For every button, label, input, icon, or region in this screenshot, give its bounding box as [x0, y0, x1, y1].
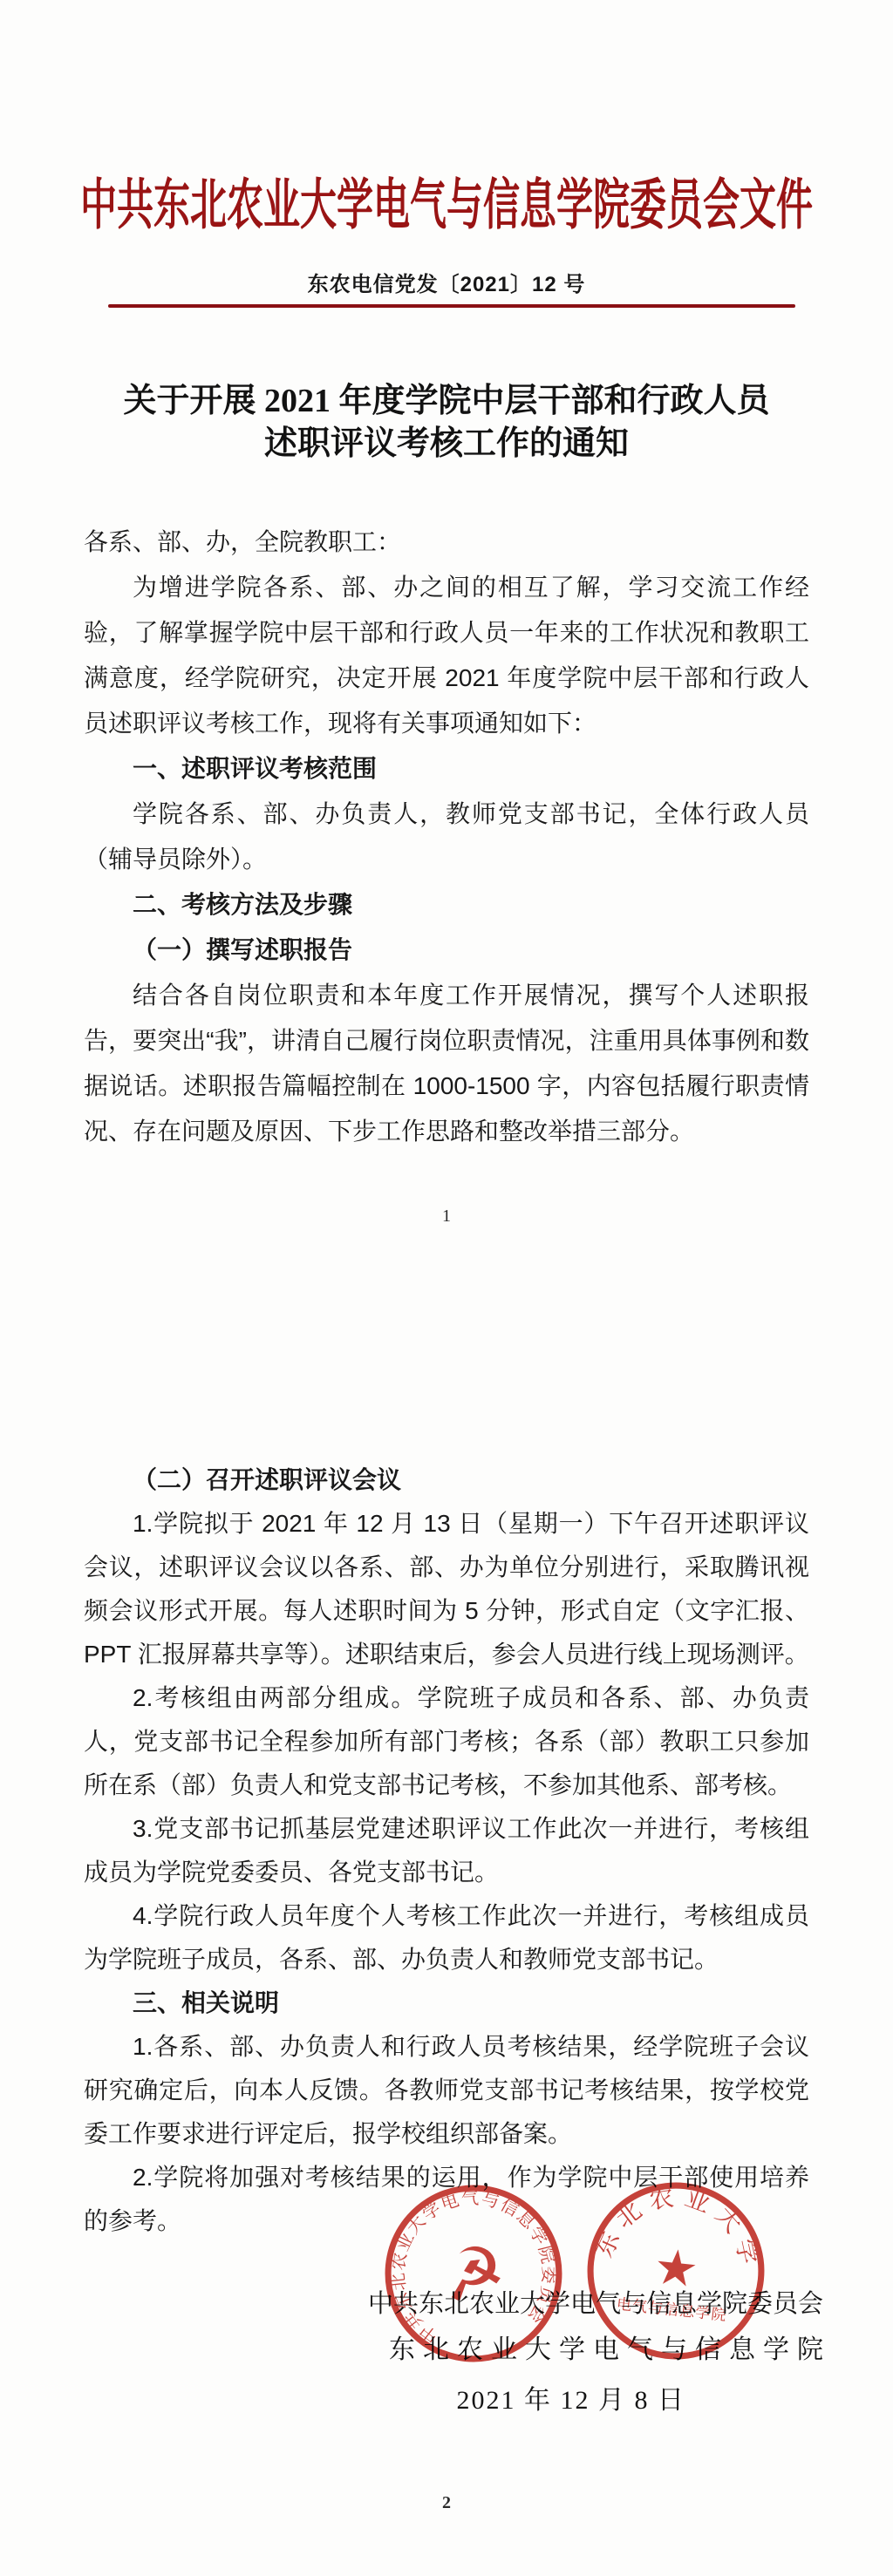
university-seal: 东北农业大学 ★ 电气与信息学院: [575, 2170, 778, 2373]
document-title-line1: 关于开展 2021 年度学院中层干部和行政人员: [0, 380, 893, 423]
paragraph: 1.各系、部、办负责人和行政人员考核结果，经学院班子会议研究确定后，向本人反馈。…: [84, 2025, 809, 2156]
paragraph: 2.考核组由两部分组成。学院班子成员和各系、部、办负责人，党支部书记全程参加所有…: [84, 1676, 809, 1807]
page1-body: 各系、部、办，全院教职工：为增进学院各系、部、办之间的相互了解，学习交流工作经验…: [84, 520, 809, 1154]
signature-date: 2021 年 12 月 8 日: [457, 2378, 686, 2416]
paragraph: （二）召开述职评议会议: [84, 1458, 809, 1502]
page-number-2: 2: [0, 2493, 893, 2513]
paragraph: 三、相关说明: [84, 1981, 809, 2025]
star-icon: ★: [651, 2239, 701, 2298]
paragraph: 为增进学院各系、部、办之间的相互了解，学习交流工作经验，了解掌握学院中层干部和行…: [84, 565, 809, 746]
paragraph: （一）撰写述职报告: [84, 928, 809, 973]
letterhead-title: 中共东北农业大学电气与信息学院委员会文件: [0, 162, 893, 241]
paragraph: 3.党支部书记抓基层党建述职评议工作此次一并进行，考核组成员为学院党委委员、各党…: [84, 1807, 809, 1894]
paragraph: 学院各系、部、办负责人，教师党支部书记，全体行政人员（辅导员除外）。: [84, 792, 809, 882]
document-title-line2: 述职评议考核工作的通知: [0, 423, 893, 466]
seal-inner-text: 电气与信息学院: [616, 2295, 728, 2324]
paragraph: 二、考核方法及步骤: [84, 882, 809, 928]
document-number: 东农电信党发〔2021〕12 号: [0, 267, 893, 297]
paragraph: 一、述职评议考核范围: [84, 746, 809, 792]
party-committee-seal: 中共东北农业大学电气与信息学院委员会 ☭: [366, 2166, 581, 2381]
paragraph: 1.学院拟于 2021 年 12 月 13 日（星期一）下午召开述职评议会议，述…: [84, 1502, 809, 1676]
letterhead-divider: [108, 304, 795, 308]
page2-body: （二）召开述职评议会议1.学院拟于 2021 年 12 月 13 日（星期一）下…: [84, 1458, 809, 2243]
document-title: 关于开展 2021 年度学院中层干部和行政人员 述职评议考核工作的通知: [0, 380, 893, 466]
hammer-sickle-icon: ☭: [436, 2231, 512, 2319]
paragraph: 各系、部、办，全院教职工：: [84, 520, 809, 565]
page-number-1: 1: [0, 1206, 893, 1227]
paragraph: 结合各自岗位职责和本年度工作开展情况，撰写个人述职报告，要突出“我”，讲清自己履…: [84, 973, 809, 1154]
paragraph: 4.学院行政人员年度个人考核工作此次一并进行，考核组成员为学院班子成员，各系、部…: [84, 1894, 809, 1981]
